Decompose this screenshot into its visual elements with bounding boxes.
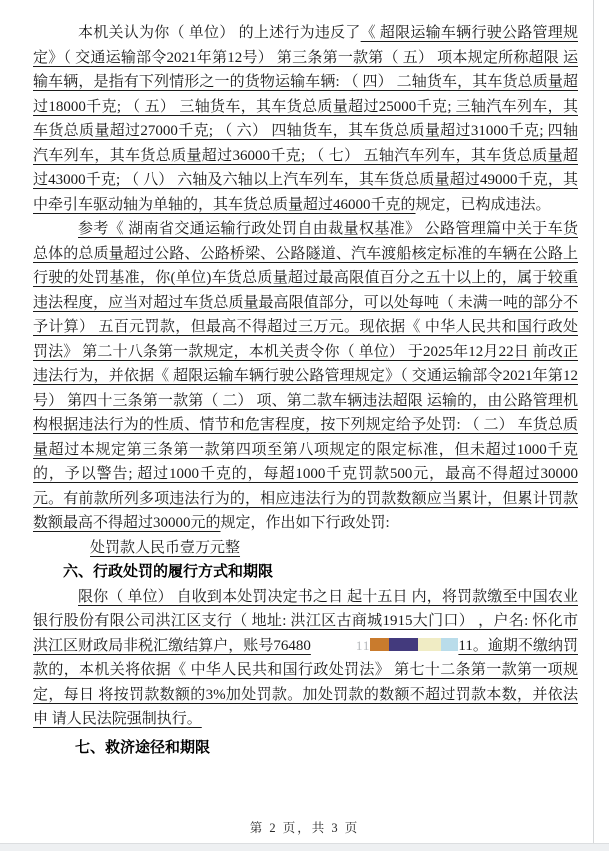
document-page: 本机关认为你（ 单位） 的上述行为违反了《 超限运输车辆行驶公路管理规定》（ 交…: [0, 0, 609, 851]
para1-plain-lead: 本机关认为你（ 单位） 的上述行为违反了: [78, 25, 361, 41]
page-bottom-strip: [0, 843, 609, 851]
redaction-block: 000: [418, 638, 441, 651]
redaction-block: [389, 638, 418, 651]
account-redaction-blocks: 0006: [370, 638, 458, 654]
paragraph-violation: 本机关认为你（ 单位） 的上述行为违反了《 超限运输车辆行驶公路管理规定》（ 交…: [33, 21, 578, 217]
redaction-block: 6: [441, 638, 458, 651]
para2-underlined-basis: 参考《 湖南省交通运输行政处罚自由裁量权基准》 公路管理篇中关于车货总体的总质量…: [33, 221, 578, 531]
para1-underlined-regulation: 《 超限运输车辆行驶公路管理规定》（ 交通运输部令2021年第12号） 第三条第…: [33, 25, 578, 213]
document-body: 本机关认为你（ 单位） 的上述行为违反了《 超限运输车辆行驶公路管理规定》（ 交…: [33, 21, 578, 760]
redaction-block: [370, 638, 389, 651]
paragraph-payment-instructions: 限你（ 单位） 自收到本处罚决定书之日 起十五日 内，将罚款缴至中国农业银行股份…: [33, 585, 578, 732]
account-ghost-digits: 11: [311, 634, 371, 659]
paragraph-penalty-basis: 参考《 湖南省交通运输行政处罚自由裁量权基准》 公路管理篇中关于车货总体的总质量…: [33, 217, 578, 536]
section-heading-seven: 七、救济途径和期限: [33, 736, 578, 761]
penalty-amount-line: 处罚款人民币壹万元整: [33, 536, 578, 561]
page-right-edge-line: [593, 0, 594, 844]
page-number-footer: 第 2 页，共 3 页: [0, 818, 609, 836]
para2-plain-tail: 规定，作出如下行政处罚:: [221, 515, 390, 531]
account-number-redaction: 110006: [311, 638, 459, 654]
section-heading-six: 六、行政处罚的履行方式和期限: [33, 560, 578, 585]
penalty-amount-text: 处罚款人民币壹万元整: [90, 540, 240, 556]
para1-plain-tail: 规定，已构成违法。: [416, 197, 551, 213]
